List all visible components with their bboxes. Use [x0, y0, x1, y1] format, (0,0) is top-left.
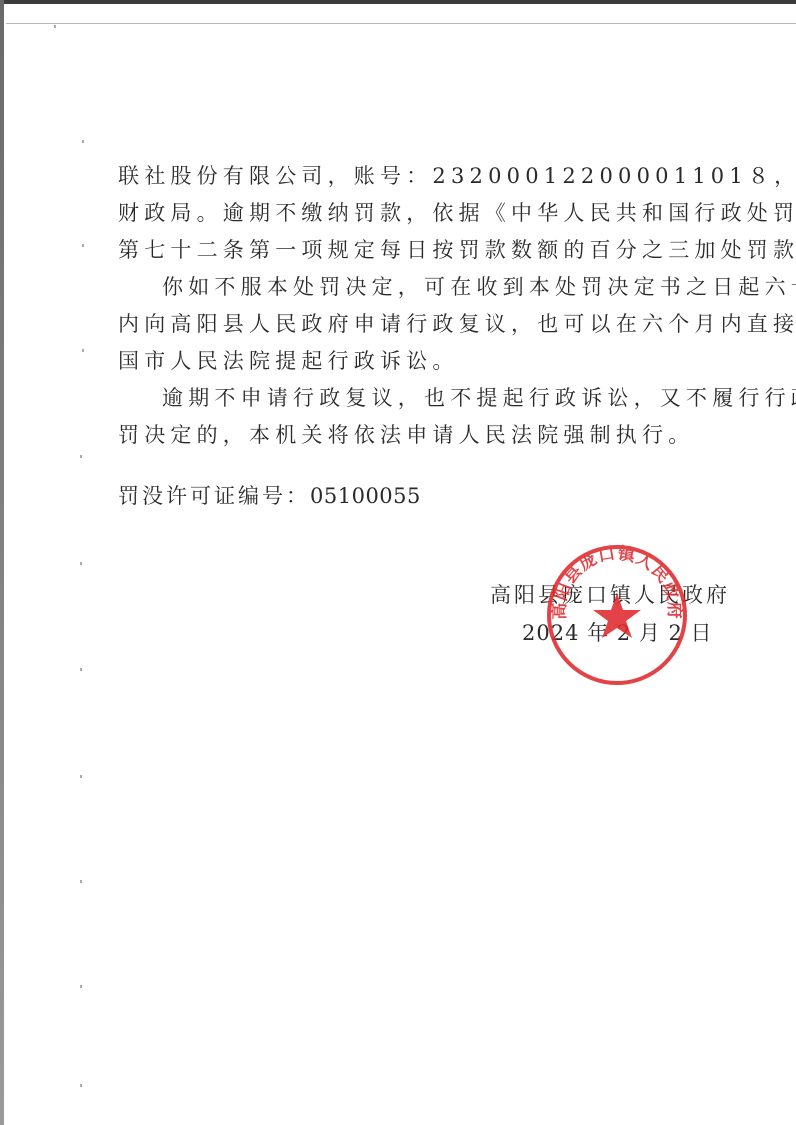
license-label: 罚没许可证编号：: [118, 484, 310, 508]
issue-date: 2024 年 2 月 2 日: [522, 620, 713, 646]
license-number: 05100055: [310, 484, 421, 508]
margin-dot: [80, 880, 82, 883]
paragraph-1-line-3: 第七十二条第一项规定每日按罚款数额的百分之三加处罚款。: [118, 237, 796, 263]
scan-artifact-line: [6, 23, 796, 24]
margin-dot: [54, 25, 56, 28]
margin-dot: [80, 775, 82, 778]
paragraph-2-line-3: 国市人民法院提起行政诉讼。: [118, 348, 459, 374]
paragraph-3-line-2: 罚决定的，本机关将依法申请人民法院强制执行。: [118, 422, 694, 448]
scan-left-border: [0, 0, 4, 1125]
scan-top-border: [0, 0, 796, 4]
margin-dot: [80, 562, 82, 565]
paragraph-2-line-2: 内向高阳县人民政府申请行政复议，也可以在六个月内直接向安: [118, 311, 796, 337]
paragraph-1-line-2: 财政局。逾期不缴纳罚款，依据《中华人民共和国行政处罚法》: [118, 200, 796, 226]
paragraph-3-line-1: 逾期不申请行政复议，也不提起行政诉讼，又不履行行政处: [162, 385, 796, 411]
margin-dot: [80, 1084, 82, 1087]
margin-dot: [82, 140, 84, 143]
margin-dot: [82, 349, 84, 352]
margin-dot: [80, 668, 82, 671]
official-seal: 高阳县庞口镇人民政府: [545, 543, 689, 687]
license-line: 罚没许可证编号：05100055: [118, 483, 421, 509]
issuer-name: 高阳县庞口镇人民政府: [490, 582, 730, 608]
margin-dot: [82, 244, 84, 247]
margin-dot: [80, 455, 82, 458]
paragraph-1-line-1: 联社股份有限公司，账号：23200012200001101８，户名：高阳县: [118, 163, 796, 189]
margin-dot: [80, 985, 82, 988]
paragraph-2-line-1: 你如不服本处罚决定，可在收到本处罚决定书之日起六十日: [162, 274, 796, 300]
